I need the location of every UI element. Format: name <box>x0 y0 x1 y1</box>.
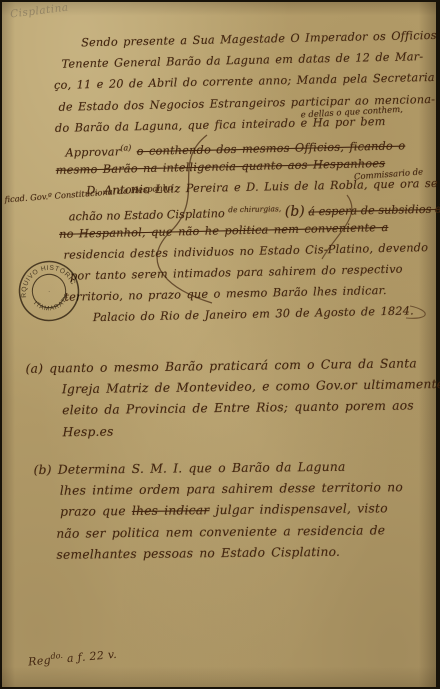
manuscript-paper: Cisplatina Sendo presente a Sua Magestad… <box>2 2 436 687</box>
footnote-line: não ser politica nem conveniente a resid… <box>56 515 428 540</box>
kept-text: Approvar <box>65 145 120 159</box>
stamp-bottom-text: ITAMARATY <box>31 292 73 317</box>
registry-folio: a ƒ. 22 v. <box>63 648 118 666</box>
footnote-ref-a: (a) <box>120 143 131 152</box>
svg-text:ITAMARATY: ITAMARATY <box>31 292 73 317</box>
registry-word: Reg <box>28 654 52 669</box>
kept-text: julgar indispensavel, visto <box>209 502 387 518</box>
footnote-b: (b) Determina S. M. I. que o Barão da La… <box>25 452 428 562</box>
registry-note: Regdo. a ƒ. 22 v. <box>28 646 118 668</box>
strikethrough-text: lhes indicar <box>132 504 210 519</box>
footnote-line: semelhantes pessoas no Estado Cisplatino… <box>56 537 428 562</box>
pencil-annotation: Cisplatina <box>9 1 69 20</box>
footnote-line: eleito da Provincia de Entre Rios; quant… <box>62 392 428 418</box>
interlinear-insertion: de chirurgias, <box>228 204 281 214</box>
stamp-center-mark: · <box>47 288 51 295</box>
strikethrough-text: mesmo Barão na intelligencia quanto aos … <box>56 157 386 177</box>
footnote-ref-b: (b) <box>285 203 305 219</box>
document-page: Cisplatina Sendo presente a Sua Magestad… <box>0 0 440 689</box>
footnote-a: (a) quanto o mesmo Barão praticará com o… <box>25 349 428 439</box>
kept-text: prazo que <box>60 504 132 519</box>
registry-superscript: do. <box>50 651 63 661</box>
manuscript-body: Sendo presente a Sua Magestade O Imperad… <box>53 25 431 329</box>
strikethrough-text: no Hespanhol, que não he politica nem co… <box>59 221 388 241</box>
strikethrough-text: á espera de subsidios do Gover- <box>308 201 440 218</box>
